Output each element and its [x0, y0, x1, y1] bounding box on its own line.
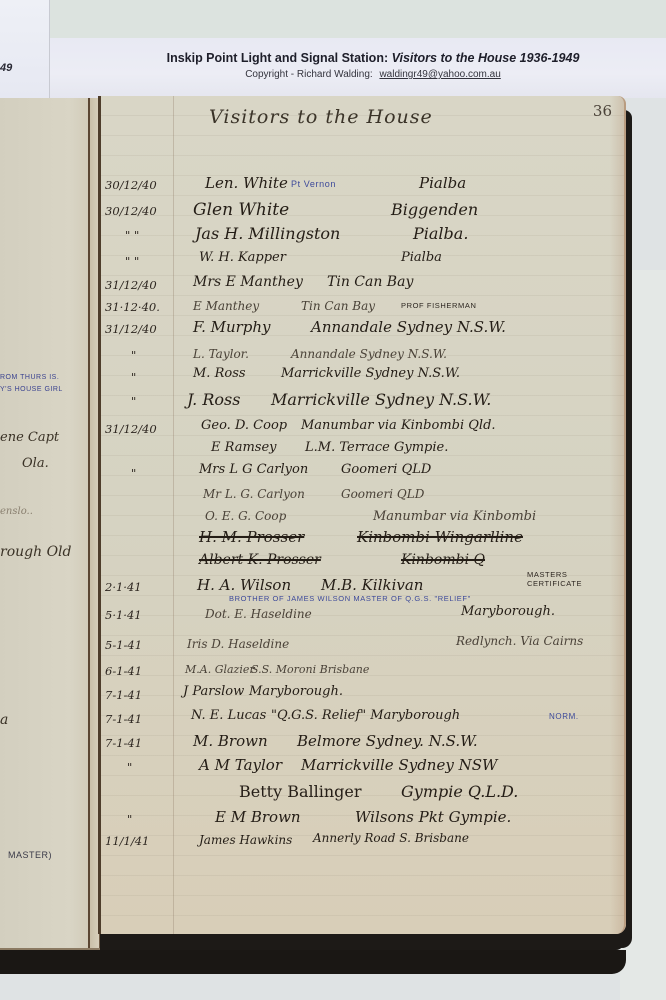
- entry-date: ": [131, 370, 201, 384]
- copyright-text: Copyright - Richard Walding:: [245, 69, 372, 80]
- entry-name: J Parslow: [183, 684, 244, 699]
- entry-date: 2·1·41: [105, 580, 175, 594]
- ledger-entry: " E M Brown Wilsons Pkt Gympie.: [101, 808, 626, 832]
- entry-date: 31/12/40: [105, 322, 175, 336]
- ledger-entry: 11/1/41 James Hawkins Annerly Road S. Br…: [101, 830, 626, 854]
- left-note: ROM THURS IS.: [0, 374, 59, 381]
- entry-place: Biggenden: [391, 200, 478, 219]
- entry-name: Albert K. Prosser: [199, 552, 321, 568]
- caption-title-italic: Visitors to the House 1936-1949: [392, 51, 580, 65]
- entry-name: Glen White: [193, 200, 289, 220]
- entry-name: Betty Ballinger: [239, 782, 362, 801]
- entry-date: 7-1-41: [105, 688, 175, 702]
- ledger-entry: O. E. G. Coop Manumbar via Kinbombi: [101, 506, 626, 530]
- entry-place: Belmore Sydney. N.S.W.: [297, 732, 478, 750]
- entry-date: 31/12/40: [105, 278, 175, 292]
- entry-date: 7-1-41: [105, 712, 175, 726]
- entry-name: H. A. Wilson: [197, 576, 291, 594]
- entry-place: Gympie Q.L.D.: [401, 782, 518, 801]
- entry-place: S.S. Moroni Brisbane: [251, 663, 369, 676]
- ledger-entry: H. M. Prosser Kinbombi Wingarlline: [101, 528, 626, 552]
- entry-date: ": [127, 760, 197, 774]
- ledger-entry: 7-1-41 N. E. Lucas "Q.G.S. Relief" Maryb…: [101, 708, 626, 732]
- entry-date: 11/1/41: [105, 834, 175, 848]
- entry-place: Wilsons Pkt Gympie.: [355, 808, 511, 826]
- entry-place: Annandale Sydney N.S.W.: [291, 347, 447, 361]
- entry-name: E M Brown: [215, 808, 301, 826]
- entry-place: "Q.G.S. Relief" Maryborough: [271, 708, 460, 723]
- left-note: enslo..: [0, 506, 33, 517]
- entry-place: Maryborough.: [461, 604, 555, 619]
- entry-blue-note: NORM.: [549, 712, 579, 721]
- backdrop-sheet-left: 49: [0, 0, 50, 100]
- entry-place: Pialba: [401, 250, 442, 265]
- entry-name: Mrs E Manthey: [193, 274, 303, 290]
- entry-name: Iris D. Haseldine: [187, 637, 289, 651]
- entry-place: Tin Can Bay: [301, 299, 375, 313]
- entry-place: Marrickville Sydney NSW: [301, 756, 497, 774]
- entry-date: ": [131, 348, 201, 362]
- book-shadow: [0, 950, 626, 974]
- caption-sheet: Inskip Point Light and Signal Station: V…: [50, 38, 666, 98]
- entry-place: Kinbombi Q: [401, 552, 485, 568]
- entry-date: 5·1·41: [105, 608, 175, 622]
- entry-date: " ": [125, 228, 195, 242]
- ledger-entry: 5-1-41 Iris D. Haseldine Redlynch. Via C…: [101, 634, 626, 658]
- left-note: Ola.: [22, 456, 49, 471]
- entry-name: L. Taylor.: [193, 347, 249, 361]
- page-number: 36: [593, 102, 612, 120]
- ledger-entry: 31/12/40 Geo. D. Coop Manumbar via Kinbo…: [101, 418, 626, 442]
- ledger-entry: " Mrs L G Carlyon Goomeri QLD: [101, 462, 626, 486]
- ledger-entry: Betty Ballinger Gympie Q.L.D.: [101, 782, 626, 806]
- entry-blue-note: BROTHER OF JAMES WILSON MASTER OF Q.G.S.…: [229, 594, 471, 603]
- ledger-entry: 30/12/40 Len. White Pt Vernon Pialba: [101, 174, 626, 198]
- left-page: ROM THURS IS. Y'S HOUSE GIRL ene Capt Ol…: [0, 98, 100, 950]
- entry-place: Marrickville Sydney N.S.W.: [281, 366, 460, 381]
- backdrop-strip: [50, 0, 666, 38]
- entry-date: 5-1-41: [105, 638, 175, 652]
- entry-date: 7-1-41: [105, 736, 175, 750]
- left-note: a: [0, 712, 8, 728]
- entry-place: Pialba.: [413, 224, 468, 243]
- entry-date: " ": [125, 254, 195, 268]
- entry-place: Manumbar via Kinbombi: [373, 509, 536, 524]
- entry-place: Annandale Sydney N.S.W.: [311, 318, 506, 336]
- caption-title: Inskip Point Light and Signal Station: V…: [50, 51, 666, 65]
- entry-name: James Hawkins: [199, 833, 292, 847]
- ledger-entry: 5·1·41 Dot. E. Haseldine Maryborough.: [101, 604, 626, 628]
- entry-name: Mr L. G. Carlyon: [203, 487, 305, 501]
- left-note: Y'S HOUSE GIRL: [0, 386, 63, 393]
- entry-note: MASTERS CERTIFICATE: [527, 570, 587, 588]
- entry-name: N. E. Lucas: [191, 708, 266, 723]
- entry-name: Geo. D. Coop: [201, 418, 287, 433]
- entry-place: Maryborough.: [249, 684, 343, 699]
- ledger-entry: E Ramsey L.M. Terrace Gympie.: [101, 440, 626, 464]
- entry-date: 30/12/40: [105, 204, 175, 218]
- entry-place: M.B. Kilkivan: [321, 576, 423, 594]
- ledger-entry: " L. Taylor. Annandale Sydney N.S.W.: [101, 344, 626, 368]
- left-note: ene Capt: [0, 430, 59, 445]
- entry-note: PROF FISHERMAN: [401, 301, 477, 310]
- ledger-entry: 31·12·40. E Manthey Tin Can Bay PROF FIS…: [101, 296, 626, 320]
- ledger-entry: " " W. H. Kapper Pialba: [101, 250, 626, 274]
- entry-name: Dot. E. Haseldine: [205, 607, 312, 621]
- entry-place: Pialba: [419, 174, 466, 192]
- entry-name: A M Taylor: [199, 756, 282, 774]
- entry-name: M. Brown: [193, 732, 268, 750]
- entry-place: Goomeri QLD: [341, 462, 431, 477]
- entry-place: Manumbar via Kinbombi Qld.: [301, 418, 496, 433]
- ledger-entry: 7-1-41 J Parslow Maryborough.: [101, 684, 626, 708]
- entry-name: F. Murphy: [193, 318, 271, 336]
- ledger-entry: " M. Ross Marrickville Sydney N.S.W.: [101, 366, 626, 390]
- caption-title-plain: Inskip Point Light and Signal Station:: [167, 51, 392, 65]
- entry-place: Redlynch. Via Cairns: [456, 634, 583, 648]
- entry-date: ": [131, 466, 201, 480]
- entry-annotation: Pt Vernon: [291, 179, 336, 189]
- entry-place: Tin Can Bay: [327, 274, 413, 290]
- entry-date: ": [127, 812, 197, 826]
- entry-name: Jas H. Millingston: [195, 224, 340, 243]
- entry-name: Mrs L G Carlyon: [199, 462, 308, 477]
- ledger-page: 36 Visitors to the House 30/12/40 Len. W…: [98, 96, 626, 934]
- left-note: rough Old: [0, 544, 71, 560]
- entry-name: H. M. Prosser: [199, 528, 304, 546]
- ledger-entry: 30/12/40 Glen White Biggenden: [101, 200, 626, 224]
- ledger-entry: 31/12/40 Mrs E Manthey Tin Can Bay: [101, 274, 626, 298]
- page-heading: Visitors to the House: [209, 106, 433, 128]
- ledger-entry: 31/12/40 F. Murphy Annandale Sydney N.S.…: [101, 318, 626, 342]
- caption-copyright: Copyright - Richard Walding: waldingr49@…: [50, 69, 666, 80]
- entry-name: M. Ross: [193, 366, 246, 381]
- entry-place: Kinbombi Wingarlline: [357, 528, 523, 546]
- entry-name: E Ramsey: [211, 440, 277, 455]
- entry-place: L.M. Terrace Gympie.: [305, 440, 448, 455]
- email-link[interactable]: waldingr49@yahoo.com.au: [379, 69, 500, 80]
- entry-place: Annerly Road S. Brisbane: [313, 831, 469, 845]
- left-note: MASTER): [8, 850, 52, 860]
- entry-name: Len. White: [205, 174, 288, 192]
- entry-name: J. Ross: [187, 390, 240, 409]
- entry-name: E Manthey: [193, 299, 259, 313]
- ledger-entry: " A M Taylor Marrickville Sydney NSW: [101, 756, 626, 780]
- ledger-entry: 7-1-41 M. Brown Belmore Sydney. N.S.W.: [101, 732, 626, 756]
- ledger-entry: 6-1-41 M.A. Glazier S.S. Moroni Brisbane: [101, 660, 626, 684]
- entry-date: 31·12·40.: [105, 300, 175, 314]
- ledger-entry: " J. Ross Marrickville Sydney N.S.W.: [101, 390, 626, 414]
- entry-place: Marrickville Sydney N.S.W.: [271, 390, 491, 409]
- entry-name: M.A. Glazier: [185, 663, 255, 676]
- entry-date: 31/12/40: [105, 422, 175, 436]
- ledger-entry: " " Jas H. Millingston Pialba.: [101, 224, 626, 248]
- entry-name: O. E. G. Coop: [205, 509, 286, 523]
- entry-name: W. H. Kapper: [199, 250, 286, 265]
- sheet-fragment-text: 49: [0, 62, 12, 74]
- entry-date: 30/12/40: [105, 178, 175, 192]
- backdrop-table: [620, 270, 666, 1000]
- ledger-entry: 2·1·41 H. A. Wilson M.B. Kilkivan MASTER…: [101, 576, 626, 600]
- entry-date: 6-1-41: [105, 664, 175, 678]
- entry-place: Goomeri QLD: [341, 487, 424, 501]
- ledger-entry: Mr L. G. Carlyon Goomeri QLD: [101, 484, 626, 508]
